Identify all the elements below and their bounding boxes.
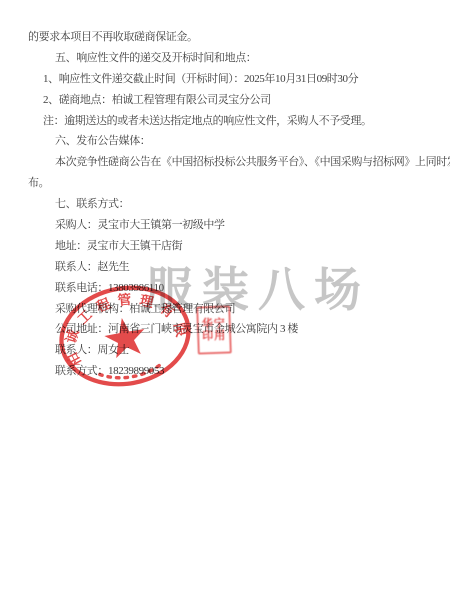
doc-line: 五、响应性文件的递交及开标时间和地点： [55,48,432,69]
seal-bottom-dots [100,364,163,383]
doc-line: 七、联系方式： [55,194,432,215]
doc-line: 地址：灵宝市大王镇干店街 [55,236,432,257]
seal-star-icon [102,314,149,359]
square-seal-row2: 印用 [202,330,226,343]
announcement-page: 服装八场 的要求本项目不再收取磋商保证金。五、响应性文件的递交及开标时间和地点：… [0,0,450,600]
doc-line: 的要求本项目不再收取磋商保证金。 [28,27,432,48]
doc-line: 本次竞争性磋商公告在《中国招标投标公共服务平台》、《中国采购与招标网》上同时发 [55,152,432,173]
small-square-seal: 华宁 印用 [196,305,232,354]
doc-line: 1、响应性文件递交截止时间（开标时间）：2025年10月31日09时30分 [43,69,432,90]
doc-line: 六、发布公告媒体： [55,131,432,152]
doc-line: 联系人：赵先生 [55,257,432,278]
square-seal-row1: 华宁 [202,318,226,331]
doc-line: 2、磋商地点：柏诚工程管理有限公司灵宝分公司 [43,90,432,111]
doc-line: 注：逾期送达的或者未送达指定地点的响应性文件，采购人不予受理。 [43,111,432,132]
doc-line: 采购人：灵宝市大王镇第一初级中学 [55,215,432,236]
doc-line: 布。 [28,173,432,194]
